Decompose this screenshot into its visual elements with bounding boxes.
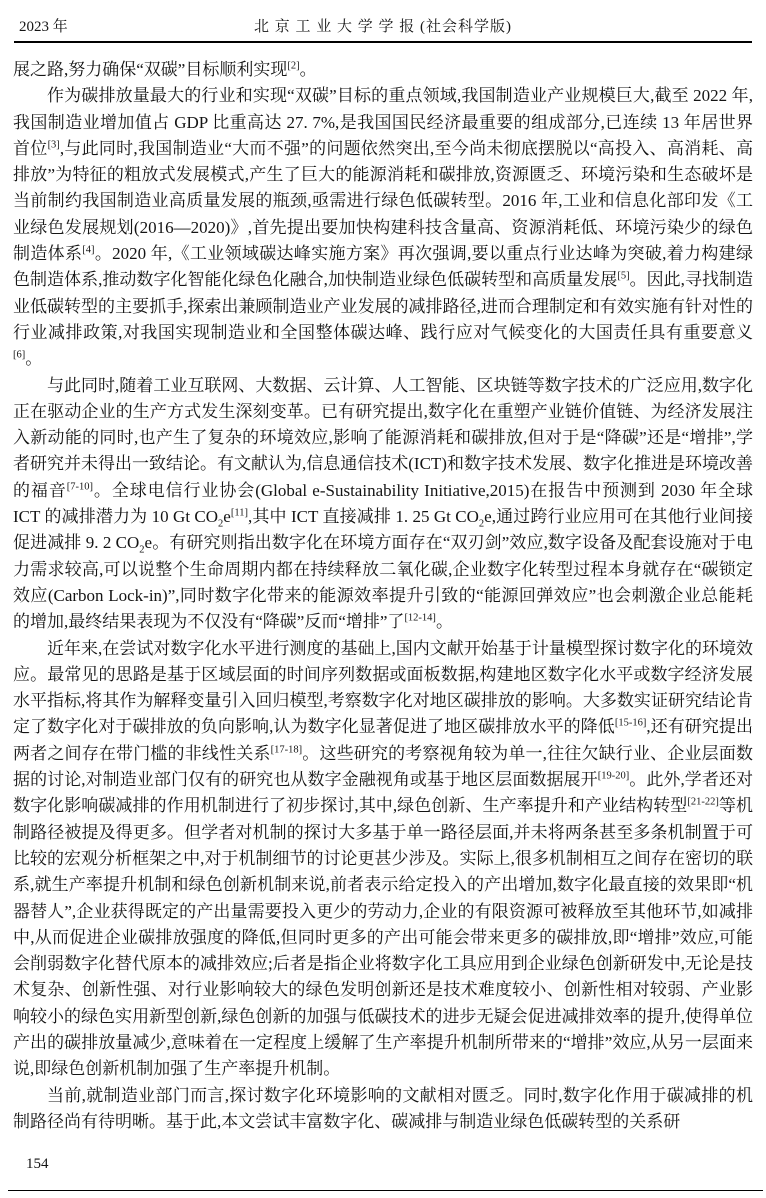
paragraph: 与此同时,随着工业互联网、大数据、云计算、人工智能、区块链等数字技术的广泛应用,… — [13, 373, 753, 636]
paragraph: 近年来,在尝试对数字化水平进行测度的基础上,国内文献开始基于计量模型探讨数字化的… — [13, 636, 753, 1083]
citation-ref: [3] — [48, 139, 60, 150]
paragraph: 展之路,努力确保“双碳”目标顺利实现[2]。 — [13, 57, 753, 83]
paragraph: 作为碳排放量最大的行业和实现“双碳”目标的重点领域,我国制造业产业规模巨大,截至… — [13, 83, 753, 372]
text-run: ,其中 ICT 直接减排 1. 25 Gt CO — [248, 507, 479, 526]
text-run: 。 — [300, 60, 317, 79]
citation-ref: [21-22] — [687, 797, 719, 808]
paragraph: 当前,就制造业部门而言,探讨数字化环境影响的文献相对匮乏。同时,数字化作用于碳减… — [13, 1083, 753, 1136]
citation-ref: [17-18] — [271, 744, 303, 755]
citation-ref: [19-20] — [598, 770, 630, 781]
page-number: 154 — [26, 1156, 49, 1173]
citation-ref: [5] — [617, 271, 629, 282]
citation-ref: [11] — [231, 507, 248, 518]
text-run: 等机制路径被提及得更多。但学者对机制的探讨大多基于单一路径层面,并未将两条甚至多… — [13, 796, 753, 1078]
citation-ref: [12-14] — [404, 613, 436, 624]
page-header: 2023 年 北 京 工 业 大 学 学 报 (社会科学版) — [14, 16, 752, 38]
text-run: 。 — [25, 349, 42, 368]
text-run: e — [223, 507, 231, 526]
citation-ref: [6] — [13, 350, 25, 361]
article-body: 展之路,努力确保“双碳”目标顺利实现[2]。作为碳排放量最大的行业和实现“双碳”… — [13, 57, 753, 1153]
citation-ref: [15-16] — [615, 718, 647, 729]
text-run: 展之路,努力确保“双碳”目标顺利实现 — [13, 60, 287, 79]
citation-ref: [2] — [287, 60, 299, 71]
header-year: 2023 年 — [19, 16, 68, 38]
citation-ref: [7-10] — [67, 481, 93, 492]
text-run: 当前,就制造业部门而言,探讨数字化环境影响的文献相对匮乏。同时,数字化作用于碳减… — [13, 1086, 753, 1131]
text-run: 。 — [436, 612, 453, 631]
citation-ref: [4] — [82, 244, 94, 255]
header-journal-title: 北 京 工 业 大 学 学 报 (社会科学版) — [254, 19, 512, 35]
header-rule — [14, 41, 752, 43]
footer-rule — [8, 1190, 763, 1191]
journal-page: 2023 年 北 京 工 业 大 学 学 报 (社会科学版) 展之路,努力确保“… — [0, 0, 766, 1198]
